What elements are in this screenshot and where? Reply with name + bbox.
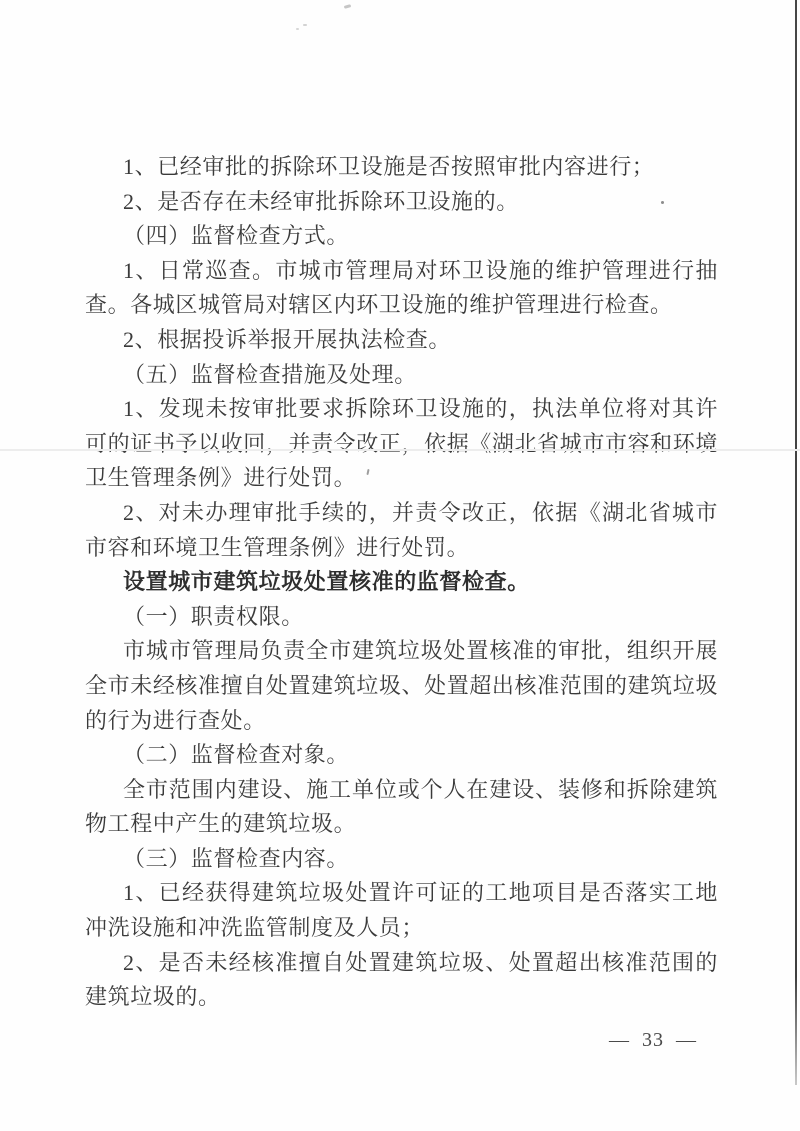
paragraph: 1、日常巡查。市城市管理局对环卫设施的维护管理进行抽查。各城区城管局对辖区内环卫… [85,254,718,323]
document-page: 1、已经审批的拆除环卫设施是否按照审批内容进行；2、是否存在未经审批拆除环卫设施… [0,0,800,1131]
paragraph: 2、根据投诉举报开展执法检查。 [85,323,718,358]
scan-edge-artifact [795,0,797,1085]
paragraph: 1、发现未按审批要求拆除环卫设施的，执法单位将对其许可的证书予以收回，并责令改正… [85,392,718,496]
paragraph: （三）监督检查内容。 [85,842,718,877]
page-number: — 33 — [609,1029,697,1052]
paragraph: （二）监督检查对象。 [85,738,718,773]
scan-speck [344,4,352,9]
scan-speck [428,207,430,210]
paragraph: 1、已经审批的拆除环卫设施是否按照审批内容进行； [85,150,718,185]
paragraph: 2、是否未经核准擅自处置建筑垃圾、处置超出核准范围的建筑垃圾的。 [85,946,718,1015]
scan-speck [303,24,307,26]
paragraph: 全市范围内建设、施工单位或个人在建设、装修和拆除建筑物工程中产生的建筑垃圾。 [85,773,718,842]
paragraph: （一）职责权限。 [85,600,718,635]
paragraph: 市城市管理局负责全市建筑垃圾处置核准的审批，组织开展全市未经核准擅自处置建筑垃圾… [85,634,718,738]
section-heading: 设置城市建筑垃圾处置核准的监督检查。 [85,565,718,600]
document-body: 1、已经审批的拆除环卫设施是否按照审批内容进行；2、是否存在未经审批拆除环卫设施… [85,150,718,1015]
paragraph: 2、是否存在未经审批拆除环卫设施的。 [85,185,718,220]
scan-speck [296,28,299,30]
paragraph: 2、对未办理审批手续的，并责令改正，依据《湖北省城市市容和环境卫生管理条例》进行… [85,496,718,565]
paragraph: （五）监督检查措施及处理。 [85,358,718,393]
scan-line-artifact [0,449,800,451]
paragraph: （四）监督检查方式。 [85,219,718,254]
paragraph: 1、已经获得建筑垃圾处置许可证的工地项目是否落实工地冲洗设施和冲洗监管制度及人员… [85,876,718,945]
scan-speck [661,201,664,204]
